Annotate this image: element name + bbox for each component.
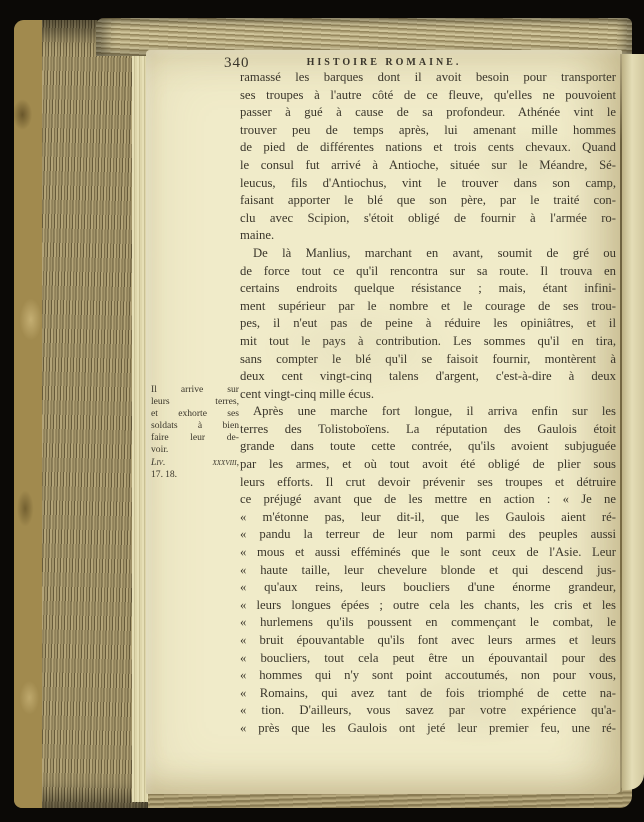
text-line: ramassé les barques dont il avoit besoin…	[240, 69, 616, 87]
text-line: soldats à bien	[151, 420, 239, 432]
paragraph: Après une marche fort longue, il arriva …	[240, 403, 616, 737]
text-line: le consul fut arrivé à Antioche, située …	[240, 157, 616, 175]
paragraph: ramassé les barques dont il avoit besoin…	[240, 69, 616, 245]
text-line: « m'étonne pas, leur dit-il, que les Gau…	[240, 509, 616, 527]
text-line: « pandu la terreur de leur nom parmi des…	[240, 526, 616, 544]
text-line: par les armes, et où tout avoit été obli…	[240, 456, 616, 474]
text-line: passer à gué à cause de sa profondeur. A…	[240, 104, 616, 122]
text-line: ses troupes à l'autre côté de ce fleuve,…	[240, 87, 616, 105]
text-line: voir.	[151, 444, 239, 456]
book-photo-scene: 340 HISTOIRE ROMAINE. Il arrive surleurs…	[0, 0, 644, 822]
text-line: deux cent vingt-cinq talens d'argent, c'…	[240, 368, 616, 386]
text-line: maine.	[240, 227, 616, 245]
text-line: et exhorte ses	[151, 408, 239, 420]
text-line: de force tout ce qu'il rencontra sur sa …	[240, 263, 616, 281]
text-line: ce préjugé avant que de les mettre en ac…	[240, 491, 616, 509]
book-page: 340 HISTOIRE ROMAINE. Il arrive surleurs…	[146, 50, 622, 794]
text-line: De là Manlius, marchant en avant, soumit…	[240, 245, 616, 263]
text-line: Après une marche fort longue, il arriva …	[240, 403, 616, 421]
text-line: mit tout le pays à contribution. Les som…	[240, 333, 616, 351]
text-line: clu avec Scipion, s'étoit obligé de four…	[240, 210, 616, 228]
paragraph: De là Manlius, marchant en avant, soumit…	[240, 245, 616, 403]
text-line: « hurlemens qu'ils poussent en commençan…	[240, 614, 616, 632]
text-line: leucus, fils d'Antiochus, vint le trouve…	[240, 175, 616, 193]
facing-page-sliver	[622, 54, 644, 790]
text-line: « mous et aussi efféminés que le sont ce…	[240, 544, 616, 562]
text-line: « boucliers, tout cela peut être un épou…	[240, 650, 616, 668]
text-line: « qu'aux reins, leurs boucliers d'une én…	[240, 579, 616, 597]
running-title: HISTOIRE ROMAINE.	[146, 54, 622, 68]
text-line: « Romains, qui avez tant de fois triomph…	[240, 685, 616, 703]
text-line: grande dans toute cette contrée, qu'ils …	[240, 438, 616, 456]
text-line: « leurs longues épées ; outre cela les c…	[240, 597, 616, 615]
text-line: faisant apporter le blé que son père, pa…	[240, 192, 616, 210]
text-line: « près que les Gaulois ont jeté leur pre…	[240, 720, 616, 738]
text-line: certains endroits quelque résistance ; m…	[240, 280, 616, 298]
text-line: « haute taille, leur chevelure blonde et…	[240, 562, 616, 580]
text-line: « tion. D'ailleurs, vous savez par votre…	[240, 702, 616, 720]
text-line: leurs terres,	[151, 396, 239, 408]
text-line: Il arrive sur	[151, 384, 239, 396]
text-line: terres des Tolistoboïens. La réputation …	[240, 421, 616, 439]
page-stack-fore-edge	[14, 20, 148, 808]
text-line: ment supérieur par le nombre et le coura…	[240, 298, 616, 316]
text-line: faire leur de-	[151, 432, 239, 444]
text-line: trouver peu de temps après, lui amenant …	[240, 122, 616, 140]
text-line: Liv. xxxviii,	[151, 457, 239, 469]
text-line: pes, il n'eut pas de peine à réduire les…	[240, 315, 616, 333]
text-line: « bruit épouvantable qu'ils font avec le…	[240, 632, 616, 650]
book-cover-edge	[14, 20, 42, 808]
text-line: cent vingt-cinq mille écus.	[240, 386, 616, 404]
text-line: de pied de différentes nations et trois …	[240, 139, 616, 157]
text-line: sans compter le blé qu'il se faisoit fou…	[240, 351, 616, 369]
text-line: 17. 18.	[151, 469, 239, 481]
text-line: « hommes qui n'y sont point accoutumés, …	[240, 667, 616, 685]
margin-note: Il arrive surleurs terres,et exhorte ses…	[151, 384, 239, 481]
body-text: ramassé les barques dont il avoit besoin…	[240, 69, 616, 738]
text-line: leurs efforts. Il crut devoir prévenir s…	[240, 474, 616, 492]
page-header: 340 HISTOIRE ROMAINE.	[146, 54, 622, 68]
